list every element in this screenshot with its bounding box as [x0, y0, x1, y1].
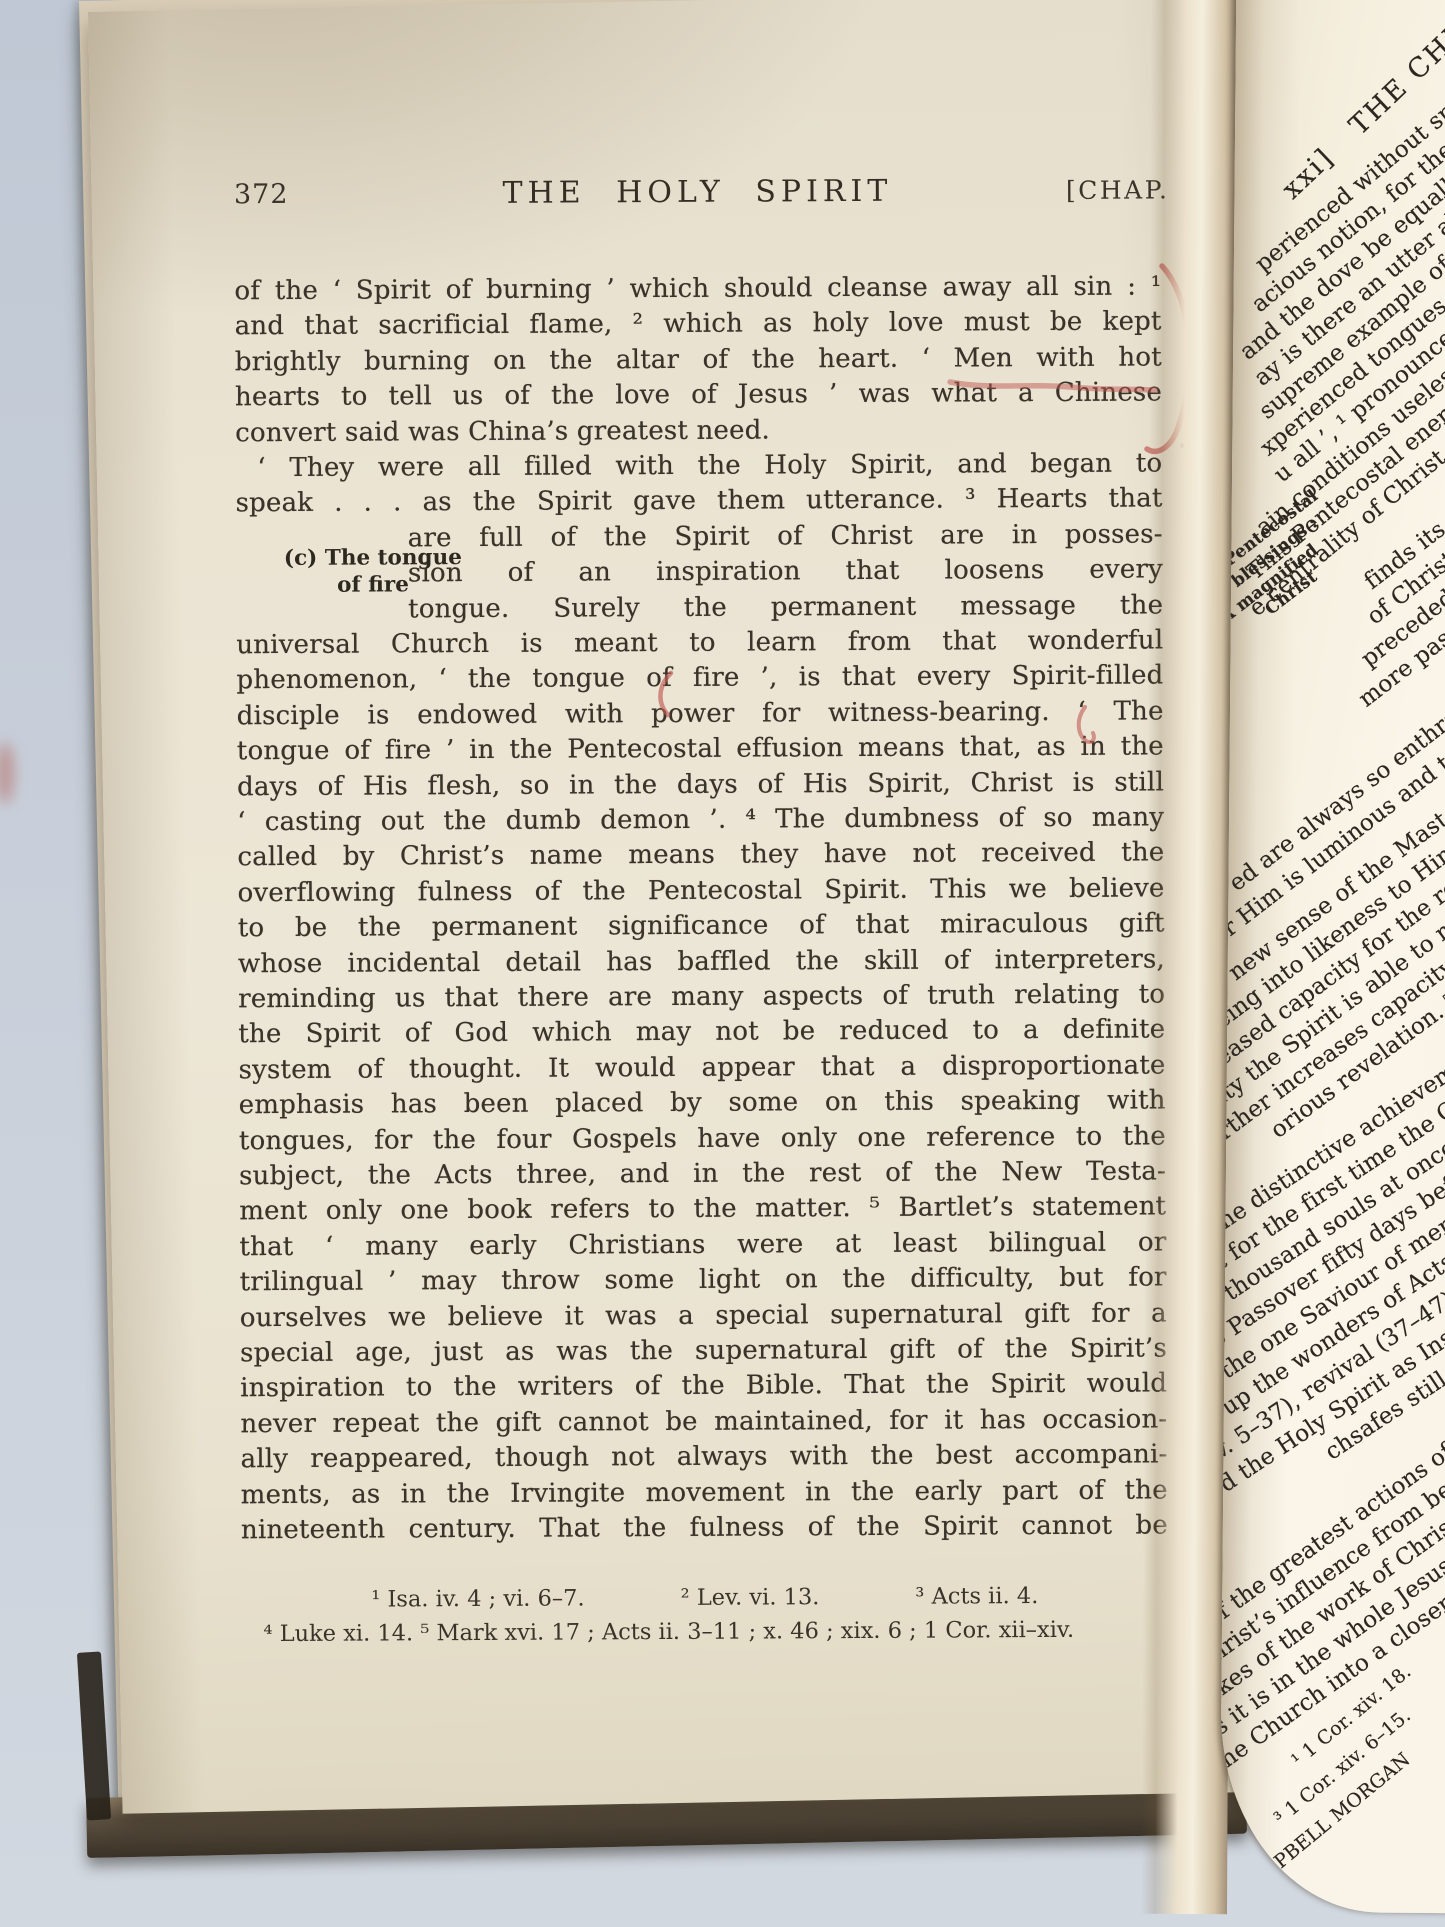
footnote-line: ⁴ Luke xi. 14. ⁵ Mark xvi. 17 ; Acts ii.… — [241, 1616, 1168, 1647]
text-line: ourselves we believe it was a special su… — [240, 1296, 1167, 1336]
text-line: of the ‘ Spirit of burning ’ which shoul… — [234, 269, 1161, 309]
text-line: emphasis has been placed by some on this… — [239, 1084, 1166, 1124]
text-line: days of His flesh, so in the days of His… — [237, 765, 1164, 805]
text-line: overflowing fulness of the Pentecostal S… — [238, 871, 1165, 911]
text-line: reminding us that there are many aspects… — [238, 977, 1165, 1017]
footnote-ref: ² Lev. vi. 13. — [681, 1584, 820, 1618]
right-page: xxi] THE CHURCH perienced without speaci… — [1220, 0, 1445, 1915]
footnote-ref: ¹ Isa. iv. 4 ; vi. 6–7. — [371, 1585, 584, 1619]
text-line: the Spirit of God which may not be reduc… — [238, 1013, 1165, 1053]
text-line: inspiration to the writers of the Bible.… — [240, 1367, 1167, 1407]
text-line: tongue. Surely the permanent message the — [408, 588, 1163, 627]
book-photo: { "palette": { "background": "#c7ced9", … — [0, 0, 1445, 1927]
red-smudge — [0, 742, 14, 804]
text-line: to be the permanent significance of that… — [238, 907, 1165, 947]
text-line: are full of the Spirit of Christ are in … — [408, 517, 1163, 556]
text-line: universal Church is meant to learn from … — [236, 623, 1163, 663]
text-line: nineteenth century. That the fulness of … — [241, 1508, 1168, 1548]
running-title: THE HOLY SPIRIT — [234, 172, 1161, 212]
text-line: whose incidental detail has baffled the … — [238, 942, 1165, 982]
footnotes: ¹ Isa. iv. 4 ; vi. 6–7.² Lev. vi. 13.³ A… — [241, 1582, 1168, 1647]
footnote-ref: ³ Acts ii. 4. — [915, 1583, 1038, 1617]
text-line: ‘ They were all filled with the Holy Spi… — [235, 446, 1162, 486]
footnote-line: ¹ Isa. iv. 4 ; vi. 6–7.² Lev. vi. 13.³ A… — [241, 1582, 1168, 1620]
left-page-text: 372 THE HOLY SPIRIT [CHAP. (c) The tongu… — [88, 6, 1264, 1814]
text-line: trilingual ’ may throw some light on the… — [240, 1261, 1167, 1301]
text-line: disciple is endowed with power for witne… — [237, 694, 1164, 734]
page-header: 372 THE HOLY SPIRIT [CHAP. — [234, 174, 1161, 219]
text-line: speak . . . as the Spirit gave them utte… — [235, 482, 1162, 522]
body-text: of the ‘ Spirit of burning ’ which shoul… — [234, 269, 1168, 1564]
text-line: tongue of fire ’ in the Pentecostal effu… — [237, 730, 1164, 770]
text-line: and that sacrificial flame, ² which as h… — [235, 305, 1162, 345]
text-line: called by Christ’s name means they have … — [237, 836, 1164, 876]
text-line: ‘ casting out the dumb demon ’. ⁴ The du… — [237, 800, 1164, 840]
text-line: hearts to tell us of the love of Jesus ’… — [235, 376, 1162, 416]
text-line: special age, just as was the supernatura… — [240, 1331, 1167, 1371]
text-line: convert said was China’s greatest need. — [235, 411, 1162, 451]
text-line: ments, as in the Irvingite movement in t… — [241, 1473, 1168, 1513]
text-line: ment only one book refers to the matter.… — [239, 1190, 1166, 1230]
text-line: tongues, for the four Gospels have only … — [239, 1119, 1166, 1159]
text-line: brightly burning on the altar of the hea… — [235, 340, 1162, 380]
text-line: sion of an inspiration that loosens ever… — [408, 553, 1163, 592]
left-page: 372 THE HOLY SPIRIT [CHAP. (c) The tongu… — [88, 0, 1289, 1814]
text-line: subject, the Acts three, and in the rest… — [239, 1154, 1166, 1194]
text-line: system of thought. It would appear that … — [238, 1048, 1165, 1088]
right-page-footnotes: ¹ 1 Cor. xiv. 18.³ 1 Cor. xiv. 6–15.⁵ G.… — [1220, 0, 1445, 1915]
text-line: never repeat the gift cannot be maintain… — [240, 1402, 1167, 1442]
text-line: phenomenon, ‘ the tongue of fire ’, is t… — [236, 659, 1163, 699]
text-line: ally reappeared, though not always with … — [240, 1438, 1167, 1478]
text-line: that ‘ many early Christians were at lea… — [239, 1225, 1166, 1265]
